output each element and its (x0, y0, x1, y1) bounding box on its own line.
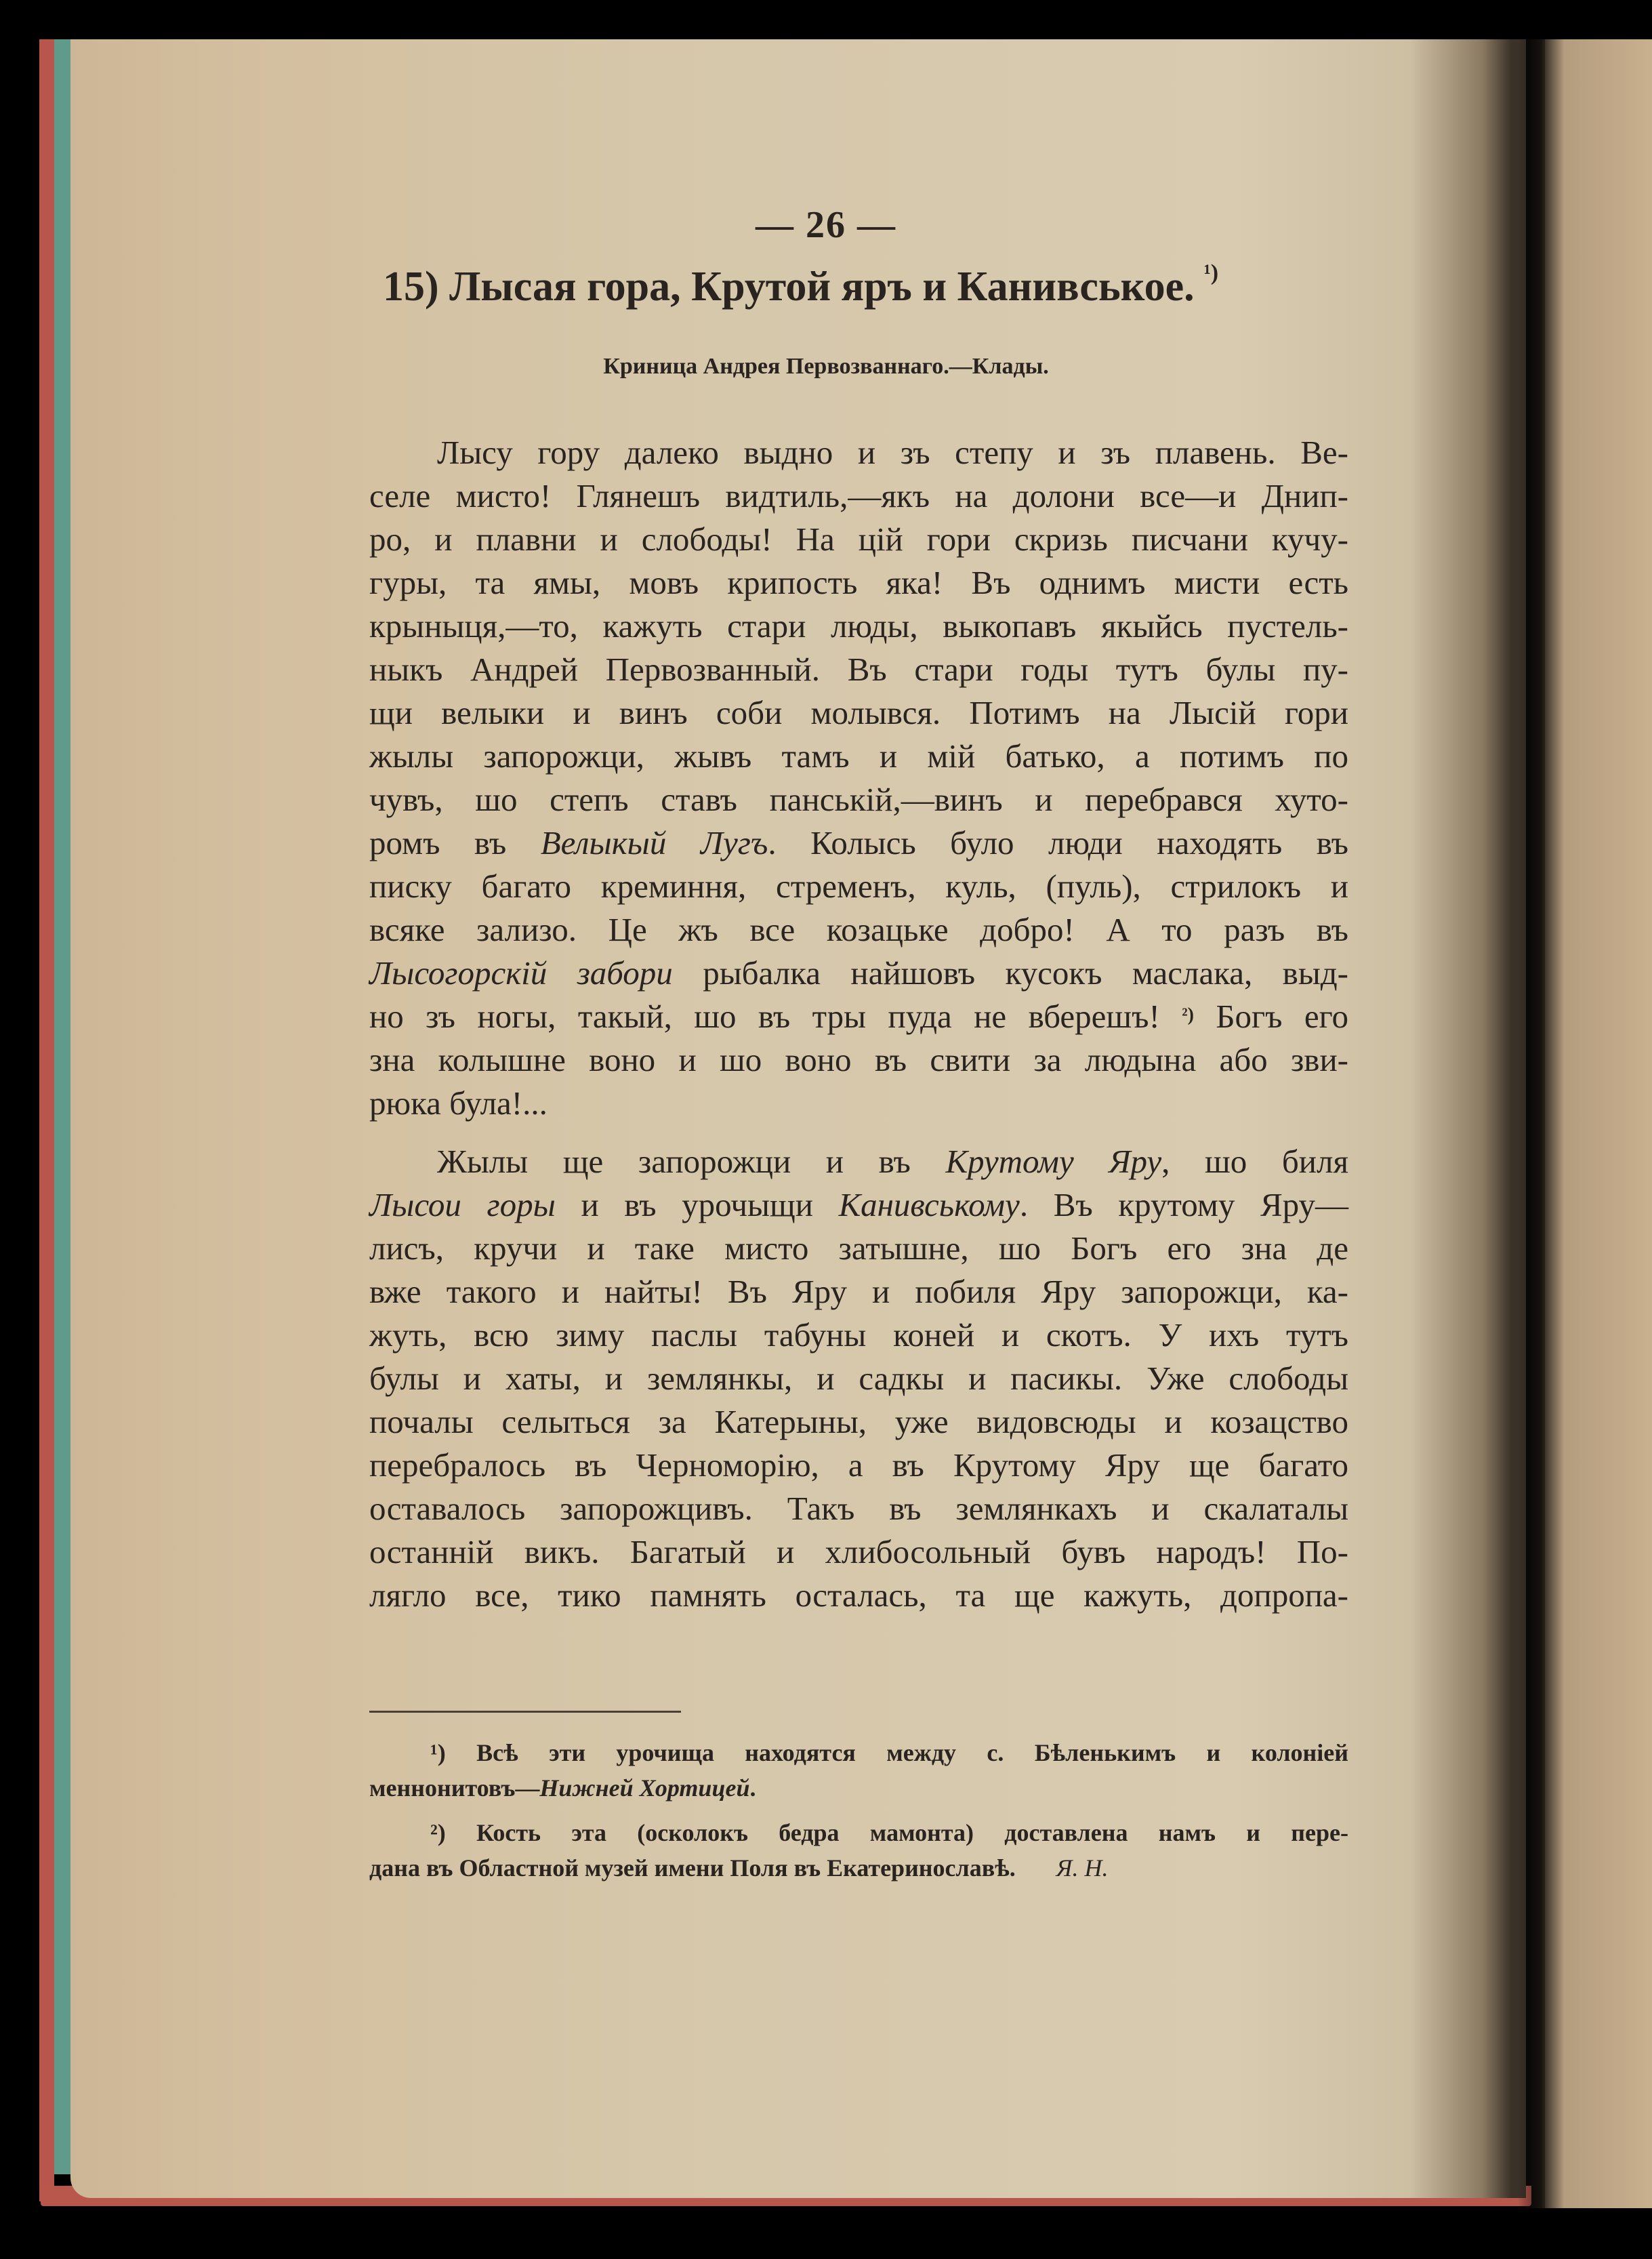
page-number: — 26 — (0, 203, 1652, 247)
text-line: чувъ, шо степъ ставъ панській,—винъ и пе… (369, 778, 1348, 821)
chapter-subtitle: Криница Андрея Первозваннаго.—Клады. (0, 354, 1652, 380)
text-line: всяке зализо. Це жъ все козацьке добро! … (369, 908, 1348, 952)
text-line: оставалось запорожцивъ. Такъ въ землянка… (369, 1487, 1348, 1530)
text-line: селе мисто! Глянешъ видтиль,—якъ на доло… (369, 474, 1348, 518)
footnote-ref: ²) (1182, 1004, 1194, 1025)
text-line: жылы запорожци, жывъ тамъ и мій батько, … (369, 735, 1348, 778)
text-line: ромъ въ Велыкый Лугъ. Колысь було люди н… (369, 821, 1348, 865)
text-line: почалы селыться за Катерыны, уже видовсю… (369, 1400, 1348, 1444)
text-line: Лысои горы и въ урочыщи Канивському. Въ … (369, 1183, 1348, 1227)
text-line: вже такого и найты! Въ Яру и побиля Яру … (369, 1270, 1348, 1314)
footnotes: ¹) Всѣ эти урочища находятся между с. Бѣ… (369, 1735, 1348, 1886)
text-line: лягло все, тико памнять осталась, та ще … (369, 1574, 1348, 1617)
text-line: Лысогорскій забори рыбалка найшовъ кусок… (369, 952, 1348, 995)
chapter-title: 15) Лысая гора, Крутой яръ и Канивськое.… (383, 263, 1218, 311)
footnote-line: меннонитовъ—Нижней Хортицей. (369, 1770, 1348, 1806)
text-line: рюка була!... (369, 1082, 1348, 1125)
italic-place-name: Лысогорскій забори (369, 954, 673, 992)
paragraph-gap (369, 1125, 1348, 1140)
italic-place-name: Канивському (839, 1186, 1020, 1223)
chapter-title-text: 15) Лысая гора, Крутой яръ и Канивськое. (383, 264, 1195, 310)
italic-place-name: Лысои горы (369, 1186, 556, 1223)
italic-place-name: Крутому Яру (946, 1143, 1162, 1180)
footnote-line: дана въ Областной музей имени Поля въ Ек… (369, 1850, 1348, 1886)
text-line: гуры, та ямы, мовъ крипость яка! Въ одни… (369, 561, 1348, 605)
text-line: ныкъ Андрей Первозванный. Въ стари годы … (369, 648, 1348, 691)
text-line: крыныця,—то, кажуть стари люды, выкопавъ… (369, 605, 1348, 648)
title-footnote-mark: ¹) (1204, 260, 1219, 285)
text-line: Жылы ще запорожци и въ Крутому Яру, шо б… (369, 1140, 1348, 1183)
text-line: лисъ, кручи и таке мисто затышне, шо Бог… (369, 1227, 1348, 1270)
footnote-line: ¹) Всѣ эти урочища находятся между с. Бѣ… (369, 1735, 1348, 1770)
footnote-line: ²) Кость эта (осколокъ бедра мамонта) до… (369, 1815, 1348, 1850)
footnote-rule (369, 1711, 681, 1713)
text-line: зна колышне воно и шо воно въ свити за л… (369, 1038, 1348, 1082)
text-line: жуть, всю зиму паслы табуны коней и скот… (369, 1314, 1348, 1357)
text-line: перебралось въ Черноморію, а въ Крутому … (369, 1444, 1348, 1487)
footnote-gap (369, 1806, 1348, 1815)
text-line: но зъ ногы, такый, шо въ тры пуда не вбе… (369, 995, 1348, 1038)
footnote-signature: Я. Н. (1056, 1854, 1109, 1881)
text-line: останній викъ. Багатый и хлибосольный бу… (369, 1530, 1348, 1574)
text-line: булы и хаты, и землянкы, и садкы и пасик… (369, 1357, 1348, 1400)
text-line: Лысу гору далеко выдно и зъ степу и зъ п… (369, 431, 1348, 474)
text-line: писку багато креминня, стременъ, куль, (… (369, 865, 1348, 908)
body-text: Лысу гору далеко выдно и зъ степу и зъ п… (369, 431, 1348, 1617)
text-line: ро, и плавни и слободы! На цій гори скри… (369, 518, 1348, 561)
text-line: щи велыки и винъ соби молывся. Потимъ на… (369, 691, 1348, 735)
italic-place-name: Нижней Хортицей (539, 1774, 749, 1802)
italic-place-name: Велыкый Лугъ (541, 824, 768, 861)
